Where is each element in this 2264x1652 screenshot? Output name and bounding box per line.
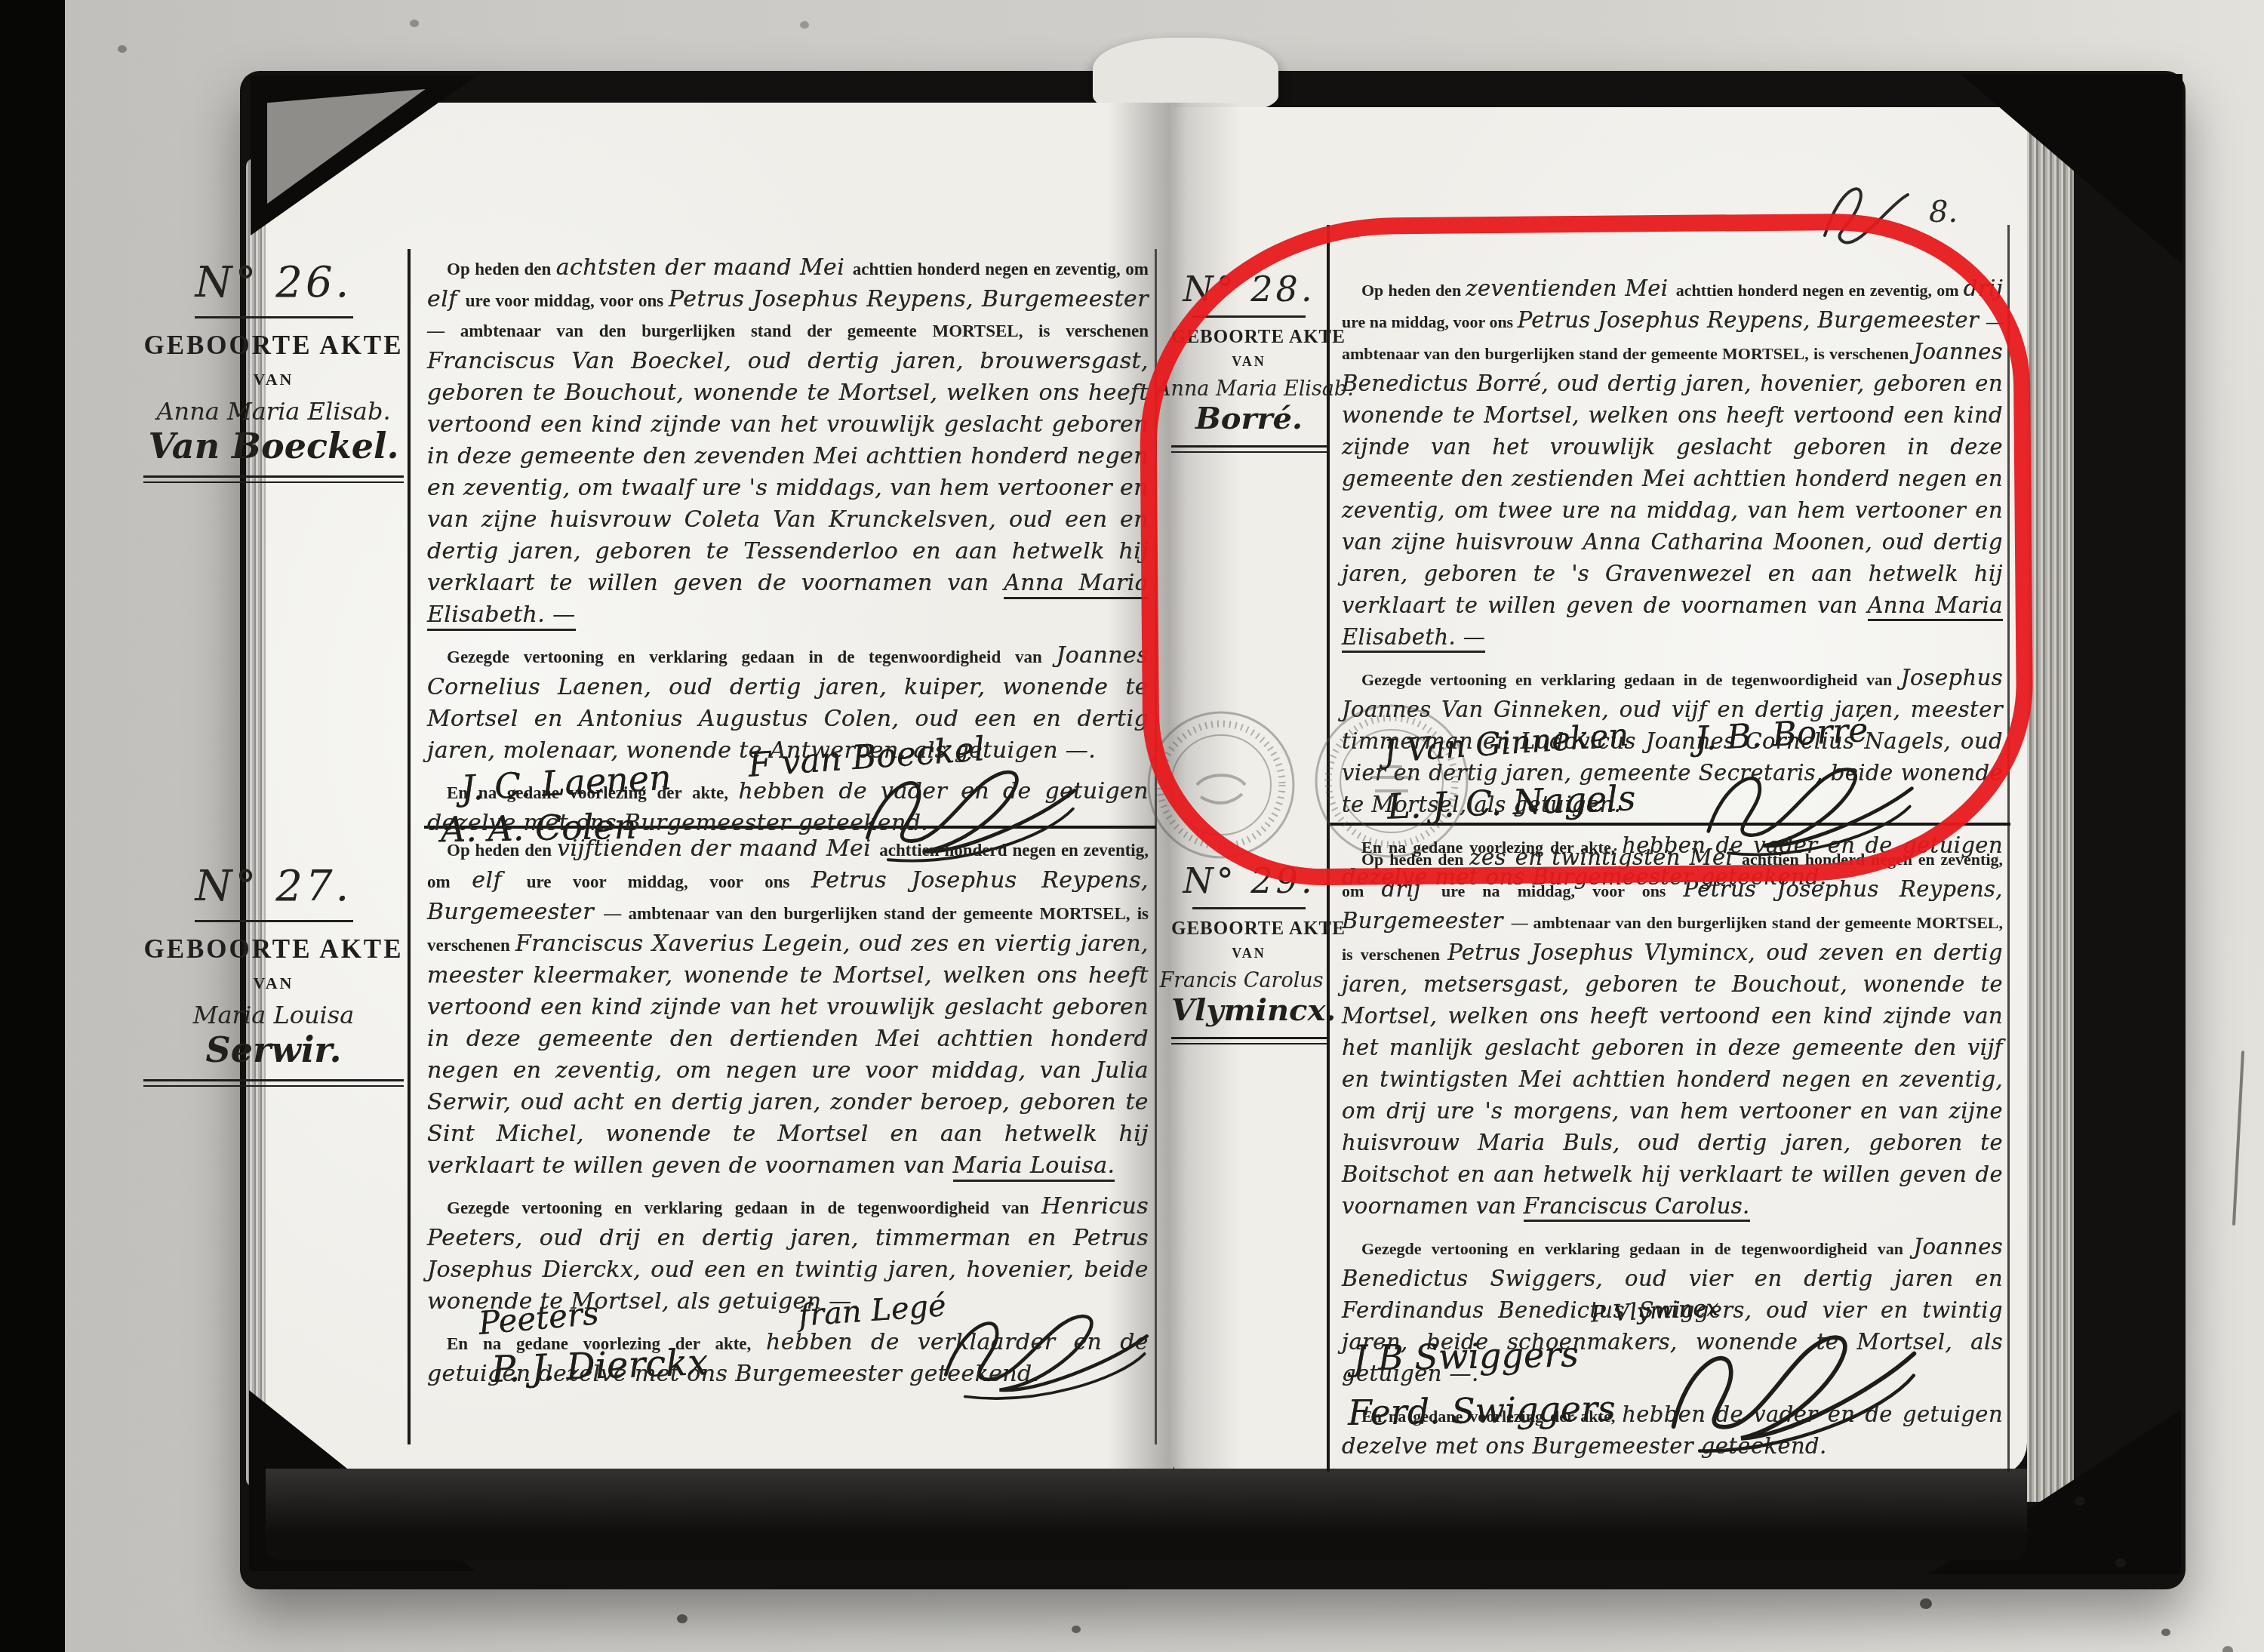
- page-number: 8.: [1929, 195, 1958, 229]
- book-bottom-edge: [266, 1469, 2027, 1561]
- act-26-child-surname: Van Boeckel.: [143, 426, 404, 466]
- act-26-title: GEBOORTE AKTE: [143, 331, 404, 361]
- act-29-signatures: P Vlyminex J B Swiggers Ferd. Swiggers: [1342, 1304, 2003, 1451]
- signature: Peeters: [477, 1294, 600, 1342]
- photo-left-black-edge: [0, 0, 65, 1652]
- signature: Ferd. Swiggers: [1348, 1388, 1616, 1433]
- red-highlight-oval: [1138, 212, 2035, 887]
- act-29-child-forenames: Francis Carolus: [1156, 969, 1327, 992]
- page-stack-right-edge: [2027, 121, 2074, 1502]
- act-27-declaration: Op heden den vijftienden der maand Mei a…: [427, 835, 1149, 1183]
- act-27-signatures: Peeters P. J. Dierckx fran Legé: [427, 1295, 1149, 1435]
- act-29-van-label: VAN: [1171, 946, 1327, 961]
- act-27-child-surname: Serwir.: [143, 1029, 404, 1070]
- reypens-signature-flourish: [918, 1293, 1174, 1408]
- act-26-margin: N° 26. GEBOORTE AKTE VAN Anna Maria Elis…: [143, 258, 404, 483]
- act-26-signatures: J. C. Laenen A. A. Colen F van Boeckel: [427, 718, 1149, 851]
- signature: P Vlyminex: [1590, 1295, 1720, 1328]
- margin-rule: [195, 316, 353, 318]
- signature: P. J. Dierckx: [491, 1341, 709, 1391]
- act-27-number: N° 27.: [143, 862, 404, 911]
- margin-double-rule: [143, 475, 404, 483]
- act-27-van-label: VAN: [143, 974, 404, 993]
- act-27-title: GEBOORTE AKTE: [143, 934, 404, 964]
- margin-double-rule: [143, 1079, 404, 1087]
- signature: J. C. Laenen: [460, 757, 672, 809]
- act-26-declaration: Op heden den achtsten der maand Mei acht…: [427, 254, 1149, 632]
- act-29-margin: N° 29. GEBOORTE AKTE VAN Francis Carolus…: [1171, 860, 1327, 1044]
- margin-double-rule: [1171, 1037, 1327, 1044]
- act-26-van-label: VAN: [143, 370, 404, 389]
- left-page-margin-rule: [408, 249, 411, 1444]
- act-29-declaration: Op heden den zes en twintigsten Mei acht…: [1342, 844, 2003, 1224]
- margin-rule: [195, 920, 353, 922]
- photo-speckles: [0, 0, 6, 5]
- act-27-margin: N° 27. GEBOORTE AKTE VAN Maria Louisa Se…: [143, 862, 404, 1087]
- book-spine-paper: [1093, 38, 1278, 112]
- margin-rule: [1192, 907, 1306, 909]
- loose-thread: [2232, 1051, 2244, 1226]
- scanned-register-photo: 8. N° 26. GEBOORTE AKTE VAN Anna Maria E…: [0, 0, 2264, 1652]
- act-27-child-forenames: Maria Louisa: [143, 1001, 404, 1029]
- act-29-child-surname: Vlymincx.: [1171, 992, 1327, 1028]
- signature: J B Swiggers: [1353, 1334, 1580, 1378]
- act-29-title: GEBOORTE AKTE: [1171, 918, 1327, 940]
- act-26-child-forenames: Anna Maria Elisab.: [143, 397, 404, 426]
- act-26-number: N° 26.: [143, 258, 404, 307]
